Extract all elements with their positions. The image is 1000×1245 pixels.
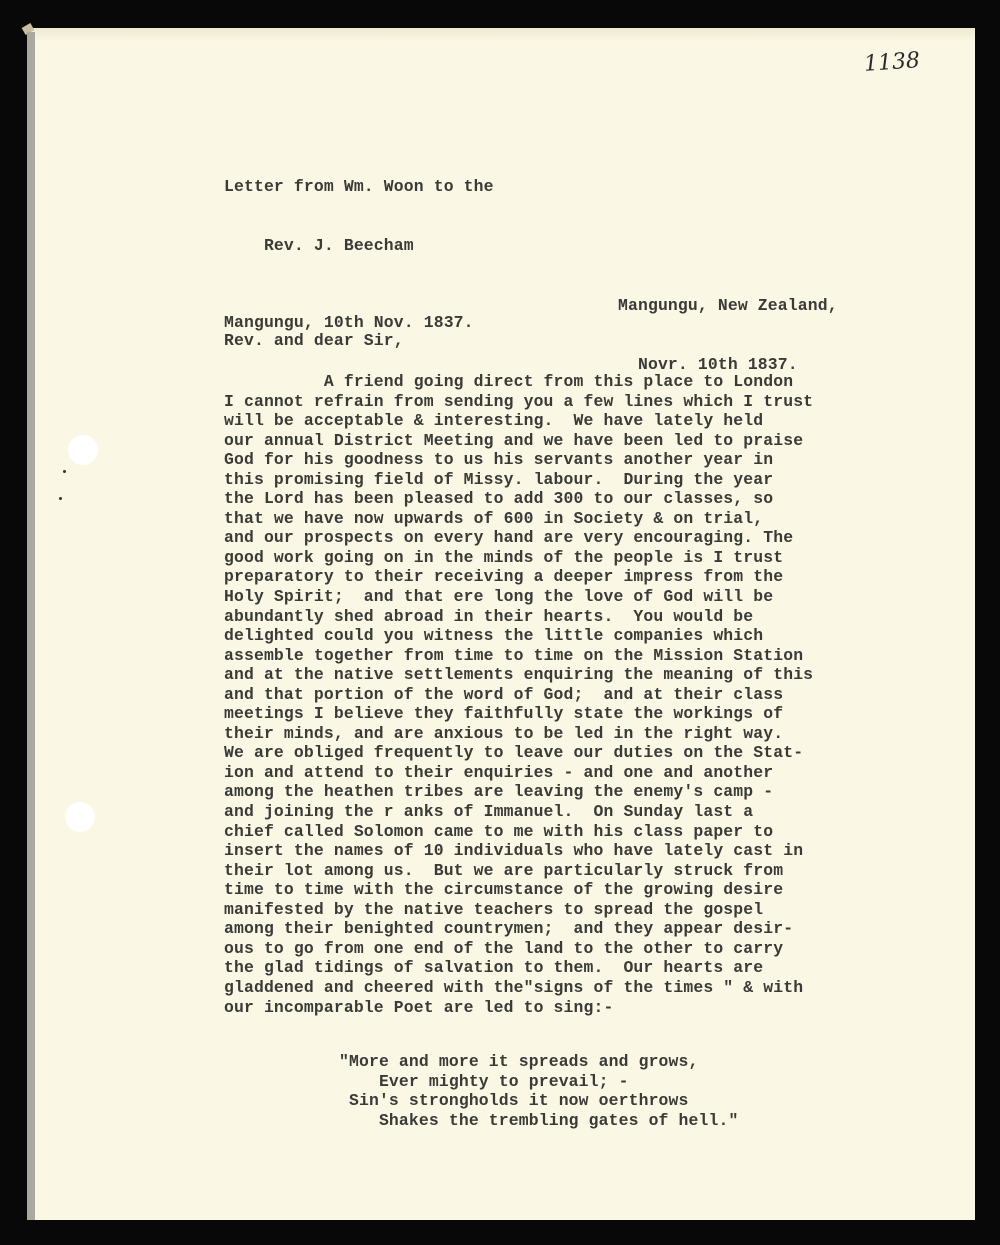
poem-line: "More and more it spreads and grows, [339, 1052, 738, 1072]
folio-number: 1138 [863, 48, 921, 77]
speck [63, 470, 66, 473]
body-line: good work going on in the minds of the p… [224, 548, 813, 568]
header-title-line-2: Rev. J. Beecham [224, 236, 494, 256]
body-line: We are obliged frequently to leave our d… [224, 743, 813, 763]
body-line: God for his goodness to us his servants … [224, 450, 813, 470]
letter-body: A friend going direct from this place to… [224, 372, 813, 1017]
body-line: ous to go from one end of the land to th… [224, 939, 813, 959]
body-line: abundantly shed abroad in their hearts. … [224, 607, 813, 627]
body-line: delighted could you witness the little c… [224, 626, 813, 646]
punch-hole-bottom [65, 802, 95, 832]
body-line: the glad tidings of salvation to them. O… [224, 958, 813, 978]
body-line: and our prospects on every hand are very… [224, 528, 813, 548]
body-line: gladdened and cheered with the"signs of … [224, 978, 813, 998]
body-line: chief called Solomon came to me with his… [224, 822, 813, 842]
header-date-line: Mangungu, 10th Nov. 1837. [224, 313, 494, 333]
body-line: time to time with the circumstance of th… [224, 880, 813, 900]
body-line: our incomparable Poet are led to sing:- [224, 998, 813, 1018]
speck [59, 497, 62, 500]
body-line: manifested by the native teachers to spr… [224, 900, 813, 920]
body-line: the Lord has been pleased to add 300 to … [224, 489, 813, 509]
body-line: and joining the r anks of Immanuel. On S… [224, 802, 813, 822]
body-line: our annual District Meeting and we have … [224, 431, 813, 451]
address-line-1: Mangungu, New Zealand, [618, 296, 838, 316]
poem-line: Shakes the trembling gates of hell." [339, 1111, 738, 1131]
body-line: assemble together from time to time on t… [224, 646, 813, 666]
body-line: among the heathen tribes are leaving the… [224, 782, 813, 802]
body-line: and that portion of the word of God; and… [224, 685, 813, 705]
body-line: their minds, and are anxious to be led i… [224, 724, 813, 744]
poem-line: Sin's strongholds it now oerthrows [339, 1091, 738, 1111]
poem-line: Ever mighty to prevail; - [339, 1072, 738, 1092]
body-line: their lot among us. But we are particula… [224, 861, 813, 881]
letter-page: 1138 Letter from Wm. Woon to the Rev. J.… [27, 28, 975, 1220]
body-line: A friend going direct from this place to… [224, 372, 813, 392]
page-edge-strip [27, 32, 35, 1220]
salutation: Rev. and dear Sir, [224, 331, 404, 351]
body-line: I cannot refrain from sending you a few … [224, 392, 813, 412]
body-line: and at the native settlements enquiring … [224, 665, 813, 685]
punch-hole-top [68, 435, 98, 465]
body-line: this promising field of Missy. labour. D… [224, 470, 813, 490]
body-line: will be acceptable & interesting. We hav… [224, 411, 813, 431]
body-line: among their benighted countrymen; and th… [224, 919, 813, 939]
body-line: ion and attend to their enquiries - and … [224, 763, 813, 783]
body-line: Holy Spirit; and that ere long the love … [224, 587, 813, 607]
body-line: preparatory to their receiving a deeper … [224, 567, 813, 587]
body-line: that we have now upwards of 600 in Socie… [224, 509, 813, 529]
header-title-line-1: Letter from Wm. Woon to the [224, 177, 494, 197]
body-line: meetings I believe they faithfully state… [224, 704, 813, 724]
body-line: insert the names of 10 individuals who h… [224, 841, 813, 861]
poem-quote: "More and more it spreads and grows, Eve… [339, 1052, 738, 1130]
